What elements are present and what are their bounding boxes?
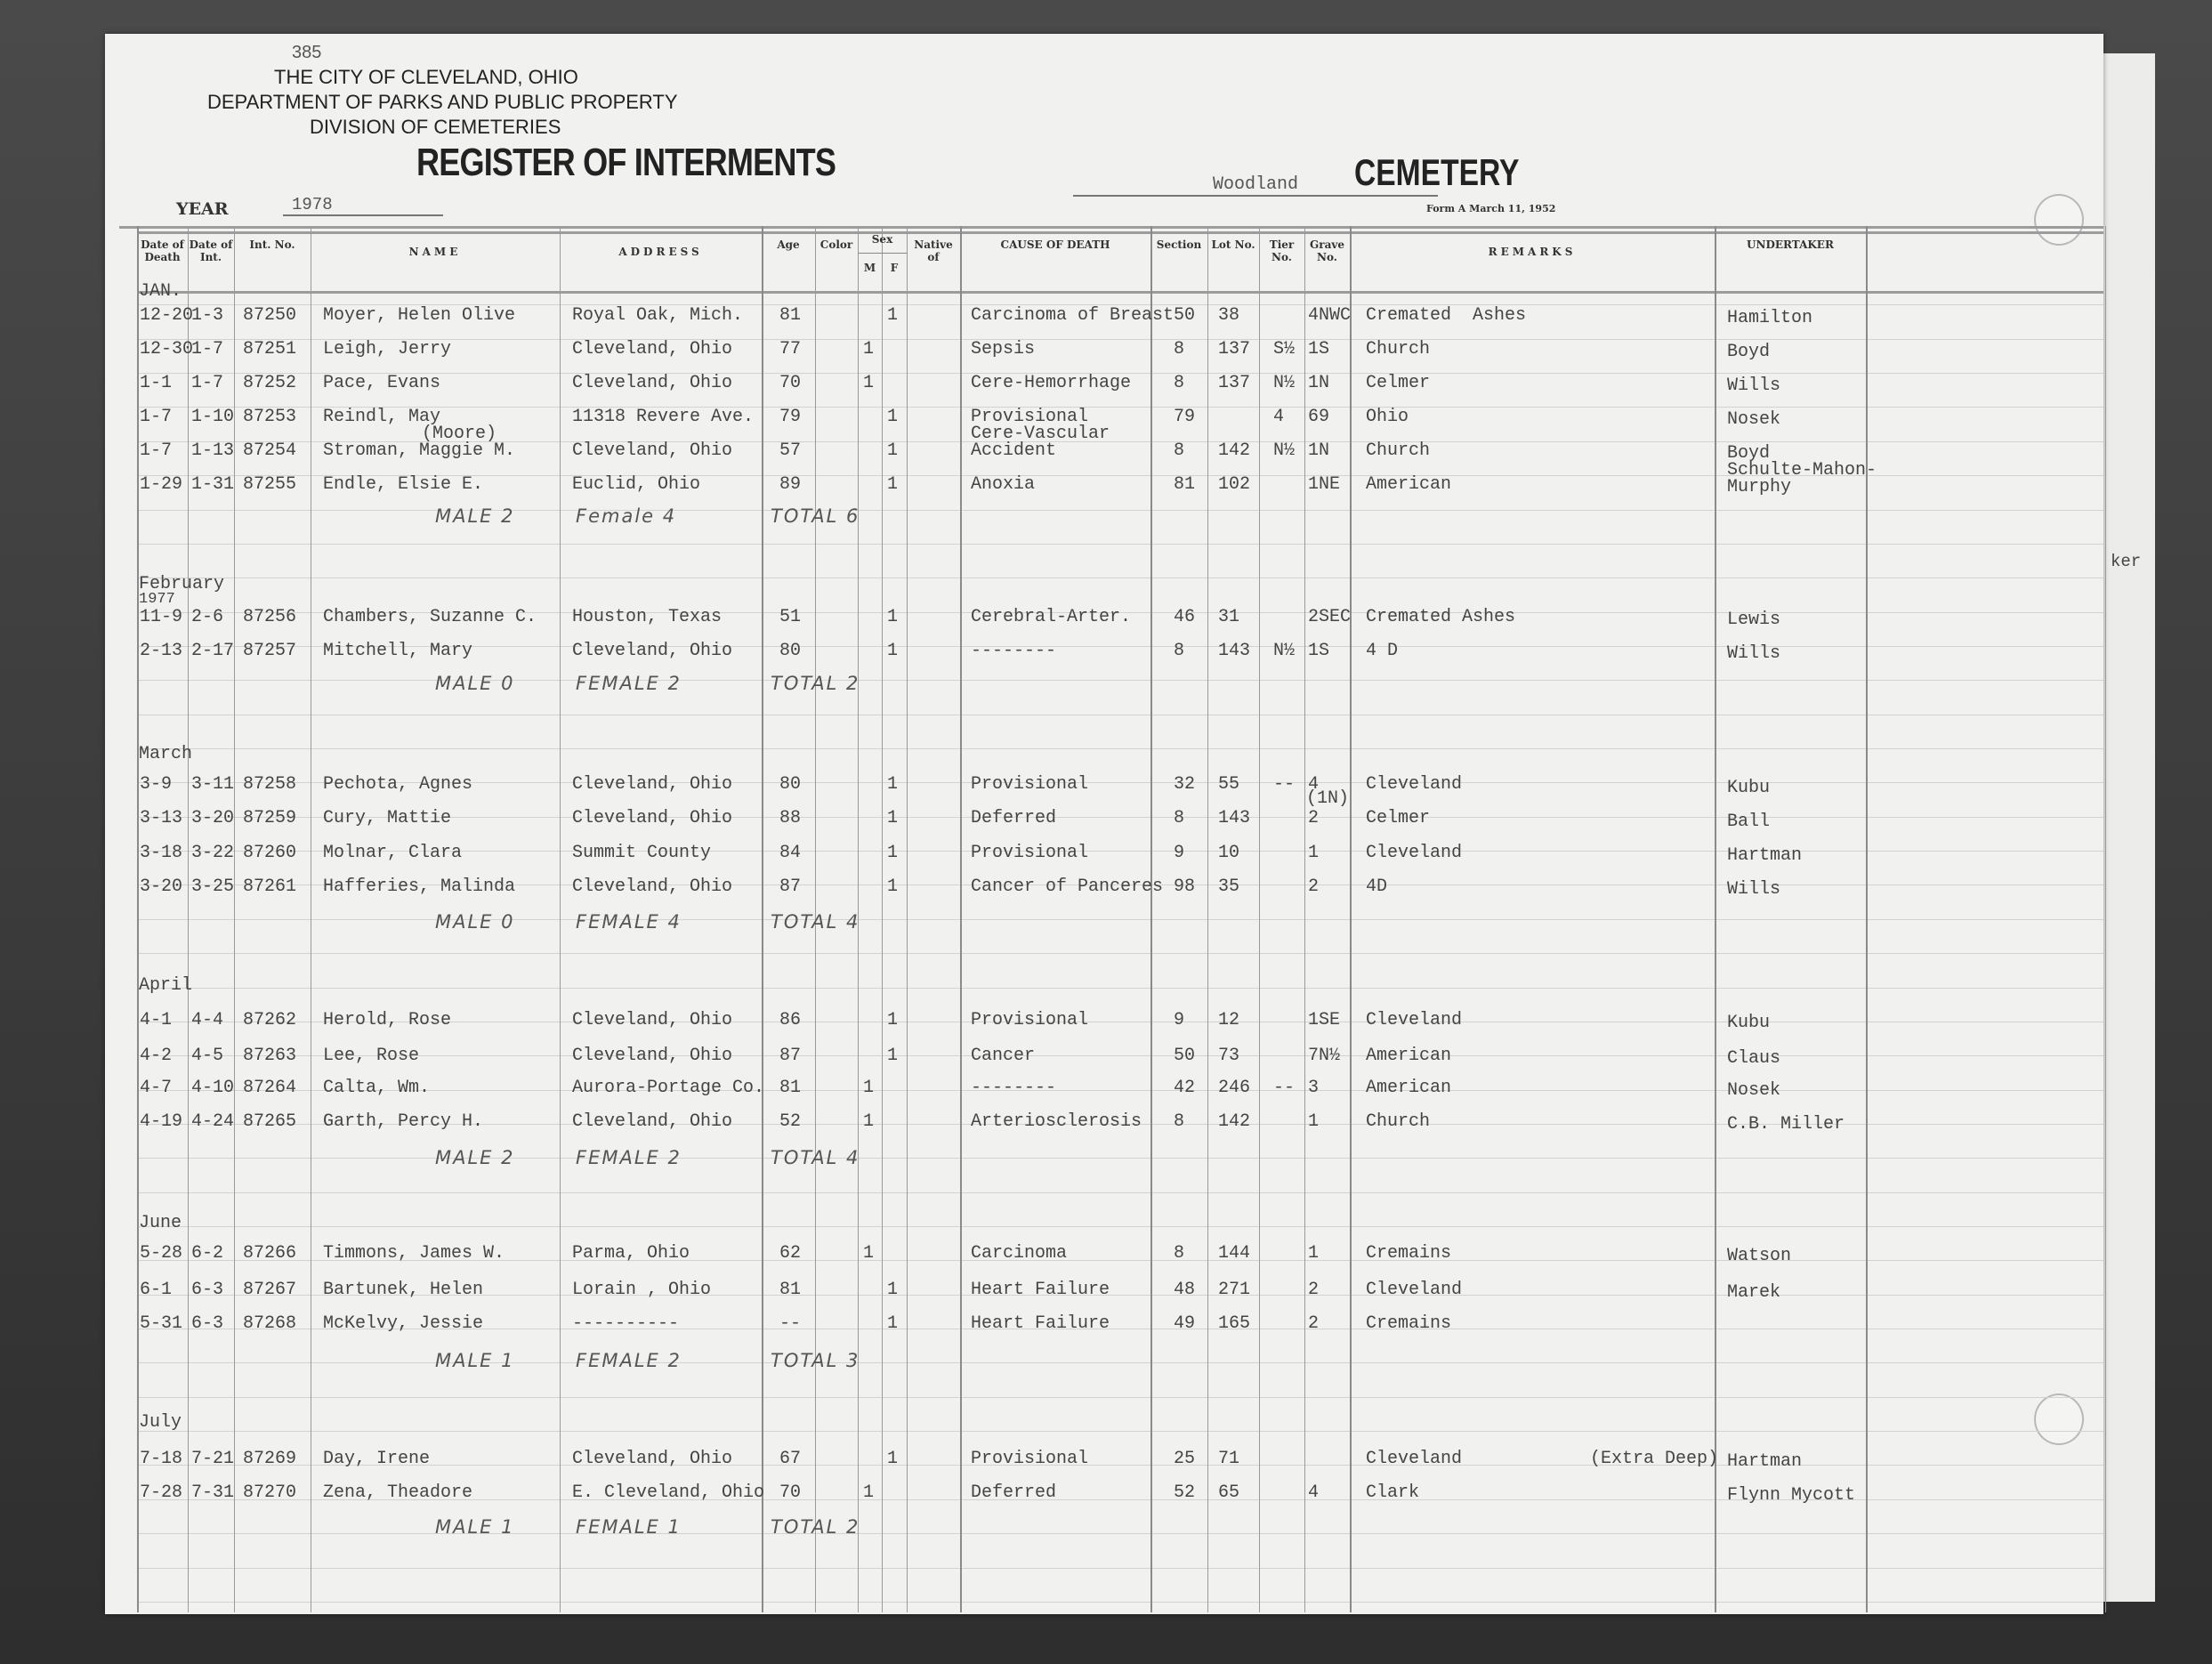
date-of-death-cell: 4-1 <box>140 1010 172 1030</box>
section-cell: 48 <box>1174 1280 1195 1300</box>
date-of-death-cell: 5-28 <box>140 1243 182 1264</box>
name-cell: Hafferies, Malinda <box>323 876 515 897</box>
lot-number-cell: 165 <box>1218 1313 1250 1334</box>
tier-number-cell: N½ <box>1273 440 1295 461</box>
int-number-cell: 87250 <box>243 305 296 326</box>
ruled-line <box>137 988 2103 989</box>
undertaker-cell: Kubu <box>1727 1013 1770 1033</box>
column-divider <box>1207 226 1208 1612</box>
sex-female-cell: 1 <box>887 440 898 461</box>
ruled-line <box>137 1226 2103 1227</box>
sex-male-cell: 1 <box>863 1243 874 1264</box>
section-cell: 8 <box>1174 373 1184 393</box>
section-cell: 9 <box>1174 1010 1184 1030</box>
age-cell: 87 <box>779 1046 801 1066</box>
date-of-interment-cell: 1-31 <box>191 474 234 495</box>
remarks-cell: Cremated Ashes <box>1366 607 1515 627</box>
undertaker-cell: Murphy <box>1727 477 1791 497</box>
undertaker-cell: Flynn Mycott <box>1727 1485 1855 1506</box>
column-divider <box>2105 226 2106 1612</box>
name-cell: Day, Irene <box>323 1449 430 1469</box>
lot-number-cell: 271 <box>1218 1280 1250 1300</box>
age-cell: 89 <box>779 474 801 495</box>
name-cell: Mitchell, Mary <box>323 641 472 661</box>
column-divider <box>1866 226 1868 1612</box>
header-age: Age <box>762 238 815 251</box>
ruled-line <box>137 578 2103 578</box>
int-number-cell: 87258 <box>243 774 296 795</box>
header-date-of-death: Date of Death <box>137 238 188 263</box>
undertaker-cell: Boyd <box>1727 342 1770 362</box>
grave-number-cell: 2 <box>1308 1280 1319 1300</box>
ruled-line <box>137 1568 2103 1569</box>
header-remarks: REMARKS <box>1350 246 1715 258</box>
int-number-cell: 87254 <box>243 440 296 461</box>
ruled-line <box>137 1465 2103 1466</box>
remarks-cell: Cremated Ashes <box>1366 305 1526 326</box>
age-cell: 88 <box>779 808 801 828</box>
lot-number-cell: 246 <box>1218 1078 1250 1098</box>
column-divider <box>1150 226 1152 1612</box>
section-cell: 50 <box>1174 305 1195 326</box>
age-cell: 80 <box>779 641 801 661</box>
female-total-handwritten: FEMALE 2 <box>576 1147 682 1168</box>
undertaker-cell: Wills <box>1727 376 1780 396</box>
tier-number-cell: 4 <box>1273 407 1284 427</box>
date-of-interment-cell: 7-21 <box>191 1449 234 1469</box>
ruled-line <box>137 715 2103 715</box>
date-of-death-cell: 4-19 <box>140 1111 182 1132</box>
address-cell: Cleveland, Ohio <box>572 1111 732 1132</box>
column-divider <box>907 226 908 1612</box>
remarks-cell: Cleveland <box>1366 1280 1462 1300</box>
date-of-death-cell: 11-9 <box>140 607 182 627</box>
date-of-death-cell: 12-20 <box>140 305 193 326</box>
grave-number-cell: 1NE <box>1308 474 1340 495</box>
section-cell: 79 <box>1174 407 1195 427</box>
section-cell: 81 <box>1174 474 1195 495</box>
header-grave-no: Grave No. <box>1304 238 1350 263</box>
lot-number-cell: 143 <box>1218 641 1250 661</box>
remarks-cell: Cremains <box>1366 1243 1451 1264</box>
column-divider <box>1715 226 1716 1612</box>
cause-of-death-cell: Cancer of Panceres <box>971 876 1163 897</box>
address-cell: Lorain , Ohio <box>572 1280 711 1300</box>
section-cell: 8 <box>1174 440 1184 461</box>
lot-number-cell: 73 <box>1218 1046 1239 1066</box>
cause-of-death-cell: Deferred <box>971 1482 1056 1503</box>
age-cell: 67 <box>779 1449 801 1469</box>
undertaker-cell: Nosek <box>1727 409 1780 430</box>
ruled-line <box>137 1158 2103 1159</box>
grave-number-cell: 1S <box>1308 641 1329 661</box>
ruled-line <box>137 1362 2103 1363</box>
age-cell: -- <box>779 1313 801 1334</box>
lot-number-cell: 102 <box>1218 474 1250 495</box>
header-color: Color <box>815 238 858 251</box>
section-cell: 25 <box>1174 1449 1195 1469</box>
sex-female-cell: 1 <box>887 1010 898 1030</box>
int-number-cell: 87252 <box>243 373 296 393</box>
undertaker-cell: Watson <box>1727 1246 1791 1266</box>
section-cell: 50 <box>1174 1046 1195 1066</box>
date-of-interment-cell: 3-20 <box>191 808 234 828</box>
age-cell: 79 <box>779 407 801 427</box>
date-of-interment-cell: 1-13 <box>191 440 234 461</box>
interments-table: Date of DeathDate of Int.Int. No.NAMEADD… <box>105 34 2103 1614</box>
cause-of-death-cell: Sepsis <box>971 339 1035 359</box>
date-of-death-cell: 3-13 <box>140 808 182 828</box>
int-number-cell: 87265 <box>243 1111 296 1132</box>
month-year-note: 1977 <box>139 591 175 608</box>
remarks-cell: 4 D <box>1366 641 1398 661</box>
month-label: July <box>139 1412 182 1433</box>
sex-male-cell: 1 <box>863 1482 874 1503</box>
age-cell: 87 <box>779 876 801 897</box>
sex-female-cell: 1 <box>887 407 898 427</box>
header-section: Section <box>1150 238 1207 251</box>
name-cell: Leigh, Jerry <box>323 339 451 359</box>
month-label: April <box>139 975 192 996</box>
lot-number-cell: 35 <box>1218 876 1239 897</box>
address-cell: Euclid, Ohio <box>572 474 700 495</box>
ruled-line <box>137 510 2103 511</box>
cause-of-death-cell: Heart Failure <box>971 1313 1110 1334</box>
column-divider <box>188 226 189 1612</box>
column-divider <box>1304 226 1305 1612</box>
sex-female-cell: 1 <box>887 607 898 627</box>
sex-male-cell: 1 <box>863 373 874 393</box>
undertaker-cell: Kubu <box>1727 778 1770 798</box>
ruled-line <box>137 1533 2103 1534</box>
sex-male-cell: 1 <box>863 1111 874 1132</box>
lot-number-cell: 142 <box>1218 440 1250 461</box>
grave-note: (1N) <box>1306 788 1349 809</box>
ruled-line <box>137 748 2103 749</box>
int-number-cell: 87253 <box>243 407 296 427</box>
grave-number-cell: 7N½ <box>1308 1046 1340 1066</box>
date-of-interment-cell: 4-10 <box>191 1078 234 1098</box>
sex-female-cell: 1 <box>887 1046 898 1066</box>
date-of-interment-cell: 6-3 <box>191 1313 223 1334</box>
remarks-cell: Cleveland <box>1366 774 1462 795</box>
undertaker-cell: Ball <box>1727 812 1770 832</box>
date-of-death-cell: 1-1 <box>140 373 172 393</box>
lot-number-cell: 137 <box>1218 373 1250 393</box>
name-cell: Calta, Wm. <box>323 1078 430 1098</box>
table-top-rule-2 <box>137 231 2103 234</box>
cause-of-death-cell: Provisional <box>971 843 1088 863</box>
male-total-handwritten: MALE 2 <box>435 505 515 527</box>
date-of-death-cell: 3-20 <box>140 876 182 897</box>
female-total-handwritten: FEMALE 1 <box>576 1516 682 1538</box>
header-native-of: Native of <box>907 238 960 263</box>
ruled-line <box>137 919 2103 920</box>
int-number-cell: 87261 <box>243 876 296 897</box>
cause-of-death-cell: Deferred <box>971 808 1056 828</box>
age-cell: 70 <box>779 373 801 393</box>
date-of-death-cell: 3-18 <box>140 843 182 863</box>
sex-female-cell: 1 <box>887 774 898 795</box>
int-number-cell: 87266 <box>243 1243 296 1264</box>
undertaker-cell: Nosek <box>1727 1080 1780 1101</box>
section-cell: 46 <box>1174 607 1195 627</box>
male-total-handwritten: MALE 1 <box>435 1350 515 1371</box>
undertaker-cell: Marek <box>1727 1282 1780 1303</box>
female-total-handwritten: FEMALE 2 <box>576 673 682 694</box>
int-number-cell: 87257 <box>243 641 296 661</box>
age-cell: 52 <box>779 1111 801 1132</box>
address-cell: Cleveland, Ohio <box>572 1449 732 1469</box>
date-of-interment-cell: 4-4 <box>191 1010 223 1030</box>
undertaker-cell: Hamilton <box>1727 308 1812 328</box>
grand-total-handwritten: TOTAL 4 <box>771 1147 860 1168</box>
column-divider <box>560 226 561 1612</box>
age-cell: 51 <box>779 607 801 627</box>
name-cell: Molnar, Clara <box>323 843 462 863</box>
lot-number-cell: 144 <box>1218 1243 1250 1264</box>
undertaker-cell: Wills <box>1727 879 1780 900</box>
date-of-interment-cell: 4-5 <box>191 1046 223 1066</box>
grave-number-cell: 4NWC <box>1308 305 1351 326</box>
address-cell: Cleveland, Ohio <box>572 808 732 828</box>
name-cell: Herold, Rose <box>323 1010 451 1030</box>
column-divider <box>1259 226 1260 1612</box>
header-bottom-rule <box>137 291 2103 294</box>
grave-number-cell: 69 <box>1308 407 1329 427</box>
address-cell: Cleveland, Ohio <box>572 440 732 461</box>
section-cell: 32 <box>1174 774 1195 795</box>
cause-of-death-cell: Provisional <box>971 774 1088 795</box>
header-sex-f: F <box>882 262 907 274</box>
cause-of-death-cell: -------- <box>971 641 1056 661</box>
age-cell: 62 <box>779 1243 801 1264</box>
address-cell: Cleveland, Ohio <box>572 876 732 897</box>
lot-number-cell: 31 <box>1218 607 1239 627</box>
grave-number-cell: 2SEC <box>1308 607 1351 627</box>
column-divider <box>311 226 311 1612</box>
remarks-cell: Cleveland <box>1366 1010 1462 1030</box>
section-cell: 8 <box>1174 641 1184 661</box>
date-of-death-cell: 12-30 <box>140 339 193 359</box>
remarks-cell: American <box>1366 1046 1451 1066</box>
cause-of-death-cell: Carcinoma of Breast <box>971 305 1174 326</box>
int-number-cell: 87262 <box>243 1010 296 1030</box>
name-cell: Endle, Elsie E. <box>323 474 483 495</box>
date-of-death-cell: 1-7 <box>140 440 172 461</box>
name-cell: Moyer, Helen Olive <box>323 305 515 326</box>
ruled-line <box>137 1090 2103 1091</box>
address-cell: 11318 Revere Ave. <box>572 407 754 427</box>
age-cell: 77 <box>779 339 801 359</box>
name-cell: McKelvy, Jessie <box>323 1313 483 1334</box>
column-divider <box>762 226 763 1612</box>
undertaker-cell: Lewis <box>1727 610 1780 630</box>
header-tier-no: Tier No. <box>1259 238 1304 263</box>
male-total-handwritten: MALE 0 <box>435 673 515 694</box>
date-of-death-cell: 4-7 <box>140 1078 172 1098</box>
lot-number-cell: 65 <box>1218 1482 1239 1503</box>
date-of-death-cell: 6-1 <box>140 1280 172 1300</box>
name-cell: Garth, Percy H. <box>323 1111 483 1132</box>
name-cell: Cury, Mattie <box>323 808 451 828</box>
sex-female-cell: 1 <box>887 305 898 326</box>
address-cell: Cleveland, Ohio <box>572 641 732 661</box>
cause-of-death-cell: Cancer <box>971 1046 1035 1066</box>
lot-number-cell: 12 <box>1218 1010 1239 1030</box>
cause-of-death-cell: Accident <box>971 440 1056 461</box>
grave-number-cell: 1 <box>1308 1111 1319 1132</box>
sex-female-cell: 1 <box>887 1280 898 1300</box>
grand-total-handwritten: TOTAL 3 <box>771 1350 860 1371</box>
lot-number-cell: 10 <box>1218 843 1239 863</box>
tier-number-cell: N½ <box>1273 373 1295 393</box>
int-number-cell: 87251 <box>243 339 296 359</box>
address-cell: Cleveland, Ohio <box>572 339 732 359</box>
section-cell: 8 <box>1174 1243 1184 1264</box>
int-number-cell: 87270 <box>243 1482 296 1503</box>
sex-female-cell: 1 <box>887 1449 898 1469</box>
date-of-interment-cell: 3-11 <box>191 774 234 795</box>
grand-total-handwritten: TOTAL 2 <box>771 673 860 694</box>
address-cell: Houston, Texas <box>572 607 722 627</box>
column-divider <box>1350 226 1352 1612</box>
remarks-cell: Clark <box>1366 1482 1419 1503</box>
age-cell: 84 <box>779 843 801 863</box>
date-of-interment-cell: 7-31 <box>191 1482 234 1503</box>
undertaker-cell: C.B. Miller <box>1727 1114 1845 1135</box>
age-cell: 80 <box>779 774 801 795</box>
cause-of-death-cell: Anoxia <box>971 474 1035 495</box>
cause-of-death-cell: Carcinoma <box>971 1243 1067 1264</box>
undertaker-cell: Claus <box>1727 1048 1780 1069</box>
name-cell: Bartunek, Helen <box>323 1280 483 1300</box>
header-undertaker: UNDERTAKER <box>1715 238 1866 251</box>
date-of-death-cell: 5-31 <box>140 1313 182 1334</box>
date-of-interment-cell: 1-7 <box>191 373 223 393</box>
int-number-cell: 87259 <box>243 808 296 828</box>
date-of-interment-cell: 3-25 <box>191 876 234 897</box>
month-label: June <box>139 1213 182 1233</box>
int-number-cell: 87255 <box>243 474 296 495</box>
male-total-handwritten: MALE 0 <box>435 911 515 933</box>
remarks-cell: Cleveland <box>1366 843 1462 863</box>
int-number-cell: 87269 <box>243 1449 296 1469</box>
date-of-interment-cell: 1-3 <box>191 305 223 326</box>
date-of-death-cell: 1-7 <box>140 407 172 427</box>
name-cell: Lee, Rose <box>323 1046 419 1066</box>
address-cell: Cleveland, Ohio <box>572 1010 732 1030</box>
date-of-interment-cell: 6-2 <box>191 1243 223 1264</box>
name-cell: Timmons, James W. <box>323 1243 505 1264</box>
remarks-cell: American <box>1366 474 1451 495</box>
header-cause-of-death: CAUSE OF DEATH <box>960 238 1150 251</box>
age-cell: 81 <box>779 1078 801 1098</box>
header-int-number: Int. No. <box>234 238 311 251</box>
sex-female-cell: 1 <box>887 876 898 897</box>
section-cell: 42 <box>1174 1078 1195 1098</box>
grave-number-cell: 4 <box>1308 1482 1319 1503</box>
section-cell: 9 <box>1174 843 1184 863</box>
grave-number-cell: 2 <box>1308 808 1319 828</box>
address-cell: Cleveland, Ohio <box>572 373 732 393</box>
remarks-cell: Church <box>1366 440 1430 461</box>
undertaker-cell: Wills <box>1727 643 1780 664</box>
address-cell: ---------- <box>572 1313 679 1334</box>
undertaker-cell: Hartman <box>1727 845 1802 866</box>
cause-of-death-cell: -------- <box>971 1078 1056 1098</box>
date-of-death-cell: 3-9 <box>140 774 172 795</box>
grave-number-cell: 1N <box>1308 440 1329 461</box>
address-cell: Royal Oak, Mich. <box>572 305 743 326</box>
column-divider <box>137 226 139 1612</box>
remarks-cell: Church <box>1366 339 1430 359</box>
name-cell: Zena, Theadore <box>323 1482 472 1503</box>
grand-total-handwritten: TOTAL 2 <box>771 1516 860 1538</box>
tier-number-cell: N½ <box>1273 641 1295 661</box>
remarks-cell: Cremains <box>1366 1313 1451 1334</box>
header-lot-no: Lot No. <box>1207 238 1259 251</box>
grave-number-cell: 1 <box>1308 1243 1319 1264</box>
sex-female-cell: 1 <box>887 474 898 495</box>
column-divider <box>234 226 235 1612</box>
tier-number-cell: -- <box>1273 1078 1295 1098</box>
ruled-line <box>137 1397 2103 1398</box>
name-cell: Pace, Evans <box>323 373 440 393</box>
remarks-cell: 4D <box>1366 876 1387 897</box>
date-of-interment-cell: 4-24 <box>191 1111 234 1132</box>
ruled-line <box>137 1431 2103 1432</box>
date-of-death-cell: 2-13 <box>140 641 182 661</box>
lot-number-cell: 38 <box>1218 305 1239 326</box>
age-cell: 81 <box>779 305 801 326</box>
header-sex-m: M <box>858 262 882 274</box>
grand-total-handwritten: TOTAL 6 <box>771 505 860 527</box>
int-number-cell: 87256 <box>243 607 296 627</box>
date-of-death-cell: 4-2 <box>140 1046 172 1066</box>
date-of-interment-cell: 6-3 <box>191 1280 223 1300</box>
int-number-cell: 87267 <box>243 1280 296 1300</box>
date-of-interment-cell: 1-10 <box>191 407 234 427</box>
section-cell: 52 <box>1174 1482 1195 1503</box>
grave-number-cell: 1 <box>1308 843 1319 863</box>
remarks-cell: Celmer <box>1366 808 1430 828</box>
date-of-death-cell: 7-18 <box>140 1449 182 1469</box>
male-total-handwritten: MALE 1 <box>435 1516 515 1538</box>
column-divider <box>960 226 962 1612</box>
sex-female-cell: 1 <box>887 808 898 828</box>
remarks-cell: American <box>1366 1078 1451 1098</box>
sex-female-cell: 1 <box>887 641 898 661</box>
grave-number-cell: 3 <box>1308 1078 1319 1098</box>
ruled-line <box>137 1055 2103 1056</box>
lot-number-cell: 143 <box>1218 808 1250 828</box>
date-of-interment-cell: 2-17 <box>191 641 234 661</box>
age-cell: 81 <box>779 1280 801 1300</box>
address-cell: Cleveland, Ohio <box>572 774 732 795</box>
section-cell: 49 <box>1174 1313 1195 1334</box>
address-cell: Cleveland, Ohio <box>572 1046 732 1066</box>
ruled-line <box>137 1192 2103 1193</box>
ruled-line <box>137 1602 2103 1603</box>
grave-number-cell: 1SE <box>1308 1010 1340 1030</box>
name-cell: Chambers, Suzanne C. <box>323 607 537 627</box>
cause-of-death-cell: Heart Failure <box>971 1280 1110 1300</box>
ruled-line <box>137 680 2103 681</box>
lot-number-cell: 55 <box>1218 774 1239 795</box>
address-cell: Summit County <box>572 843 711 863</box>
cause-of-death-cell: Provisional <box>971 1449 1088 1469</box>
